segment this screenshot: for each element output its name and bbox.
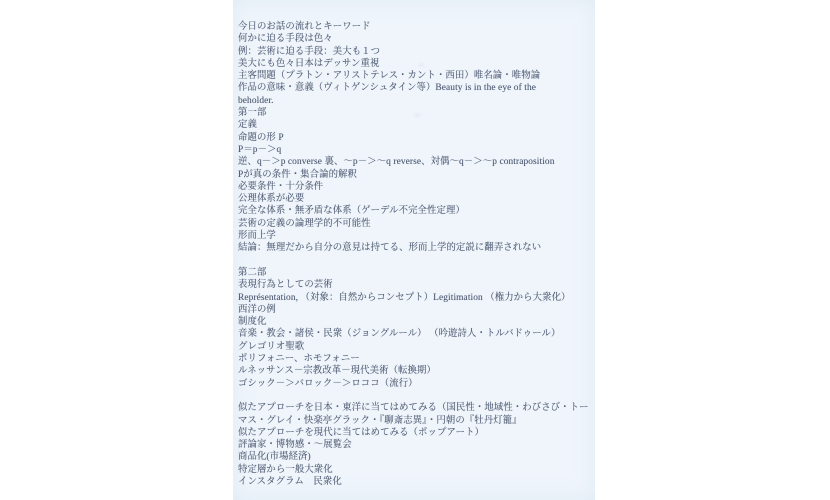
text-line: 西洋の例 [238,304,608,316]
text-line: 例：芸術に迫る手段：美大も１つ [238,46,608,58]
text-line: 逆、q－＞p converse 裏、～p－＞～q reverse、対偶～q－＞～… [238,156,608,168]
scan-smudge [540,300,546,303]
text-line: 制度化 [238,316,608,328]
text-line: 結論：無理だから自分の意見は持てる、形而上学的定説に翻弄されない [238,242,608,254]
text-line: 完全な体系・無矛盾な体系（ゲーデル不完全性定理） [238,205,608,217]
scan-smudge [418,63,425,67]
text-line [238,390,608,402]
text-line: Pが真の条件・集合論的解釈 [238,169,608,181]
text-line: ポリフォニー、ホモフォニー [238,353,608,365]
text-line: マス・グレイ・快楽亭グラック・『聊斎志異』・円朝の『牡丹灯籠』 [238,415,608,427]
scan-canvas: 今日のお話の流れとキーワード何かに迫る手段は色々例：芸術に迫る手段：美大も１つ美… [0,0,830,500]
text-line: 公理体系が必要 [238,193,608,205]
text-line: 定義 [238,119,608,131]
text-line: 特定層から一般大衆化 [238,464,608,476]
text-line: Représentation, （対象：自然からコンセプト）Legitimati… [238,292,608,304]
text-line: 音楽・教会・諸侯・民衆（ジョングルール） （吟遊詩人・トルバドゥール） [238,328,608,340]
text-line: 似たアプローチを日本・東洋に当てはめてみる（国民性・地域性・わびさび・トー [238,402,608,414]
scanned-document-page: 今日のお話の流れとキーワード何かに迫る手段は色々例：芸術に迫る手段：美大も１つ美… [233,0,595,500]
text-line: ルネッサンス－宗教改革－現代美術（転換期） [238,365,608,377]
text-line: 今日のお話の流れとキーワード [238,21,608,33]
text-line [238,255,608,267]
document-text-block: 今日のお話の流れとキーワード何かに迫る手段は色々例：芸術に迫る手段：美大も１つ美… [238,21,608,488]
scan-smudge [413,113,421,117]
text-line: 主客問題（プラトン・アリストテレス・カント・西田）唯名論・唯物論 [238,70,608,82]
text-line: 似たアプローチを現代に当てはめてみる（ポップアート） [238,427,608,439]
text-line: 形而上学 [238,230,608,242]
text-line: インスタグラム 民衆化 [238,476,608,488]
text-line: 商品化(市場経済) [238,451,608,463]
text-line: P＝p－＞q [238,144,608,156]
text-line: グレゴリオ聖歌 [238,341,608,353]
text-line: 作品の意味・意義（ヴィトゲンシュタイン等）Beauty is in the ey… [238,82,608,94]
text-line: 第一部 [238,107,608,119]
text-line: 評論家・博物感・～展覧会 [238,439,608,451]
text-line: 命題の形 P [238,132,608,144]
text-line: beholder. [238,95,608,107]
text-line: 何かに迫る手段は色々 [238,33,608,45]
text-line: ゴシック－＞バロック－＞ロココ（流行） [238,378,608,390]
text-line: 芸術の定義の論理学的不可能性 [238,218,608,230]
text-line: 必要条件・十分条件 [238,181,608,193]
text-line: 表現行為としての芸術 [238,279,608,291]
text-line: 第二部 [238,267,608,279]
